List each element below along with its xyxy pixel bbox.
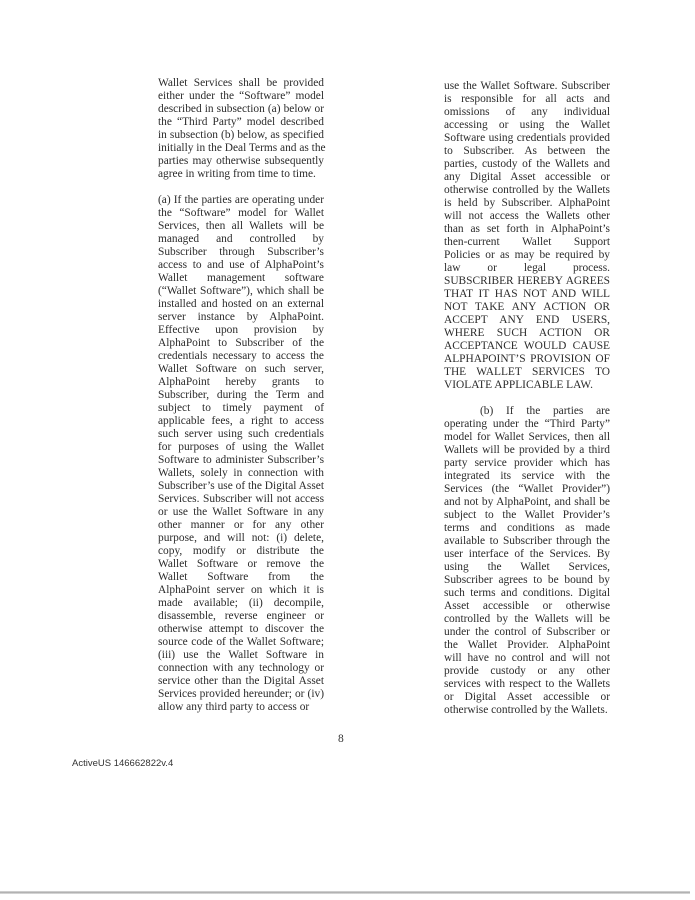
text-line: Services (the “Wallet Provider”) <box>444 483 610 496</box>
text-line: initially in the Deal Terms and as the <box>158 142 324 155</box>
text-line: to Subscriber. As between the <box>444 145 610 158</box>
text-line: controlled by the Wallets will be <box>444 613 610 626</box>
section-a-paragraph: (a) If the parties are operating underth… <box>158 194 324 714</box>
text-line: allow any third party to access or <box>158 701 324 714</box>
text-line: credentials necessary to access the <box>158 350 324 363</box>
text-line: Subscriber agrees to be bound by <box>444 574 610 587</box>
text-line: operating under the “Third Party” <box>444 418 610 431</box>
text-line: accessing or using the Wallet <box>444 119 610 132</box>
text-line: integrated its service with the <box>444 470 610 483</box>
text-line: agree in writing from time to time. <box>158 168 324 181</box>
text-line: copy, modify or distribute the <box>158 545 324 558</box>
text-line: or use the Wallet Software in any <box>158 506 324 519</box>
text-line: other manner or for any other <box>158 519 324 532</box>
text-line: Subscriber’s use of the Digital Asset <box>158 480 324 493</box>
text-line: THAT IT HAS NOT AND WILL <box>444 288 610 301</box>
text-line: using the Wallet Services, <box>444 561 610 574</box>
text-line: Policies or as may be required by <box>444 249 610 262</box>
text-line: under the control of Subscriber or <box>444 626 610 639</box>
text-line: model for Wallet Services, then all <box>444 431 610 444</box>
document-id: ActiveUS 146662822v.4 <box>72 758 173 769</box>
section-b-paragraph: (b) If the parties areoperating under th… <box>444 405 610 717</box>
text-line: otherwise attempt to discover the <box>158 623 324 636</box>
text-line: AlphaPoint to Subscriber of the <box>158 337 324 350</box>
intro-paragraph: Wallet Services shall be providedeither … <box>158 77 324 181</box>
text-line: Wallet management software <box>158 272 324 285</box>
text-line: parties, custody of the Wallets and <box>444 158 610 171</box>
text-line: Wallet Software from the <box>158 571 324 584</box>
text-line: VIOLATE APPLICABLE LAW. <box>444 379 610 392</box>
text-line: (iii) use the Wallet Software in <box>158 649 324 662</box>
text-line: THE WALLET SERVICES TO <box>444 366 610 379</box>
text-line: is held by Subscriber. AlphaPoint <box>444 197 610 210</box>
text-line: party service provider which has <box>444 457 610 470</box>
text-line: will not access the Wallets other <box>444 210 610 223</box>
text-line: Services, then all Wallets will be <box>158 220 324 233</box>
text-line: user interface of the Services. By <box>444 548 610 561</box>
text-line: in subsection (b) below, as specified <box>158 129 324 142</box>
text-line: (a) If the parties are operating under <box>158 194 324 207</box>
text-line: the “Third Party” model described <box>158 116 324 129</box>
text-line: is responsible for all acts and <box>444 93 610 106</box>
text-line: such terms and conditions. Digital <box>444 587 610 600</box>
text-line: AlphaPoint server on which it is <box>158 584 324 597</box>
text-line: subject to timely payment of <box>158 402 324 415</box>
text-line: the “Software” model for Wallet <box>158 207 324 220</box>
text-line: such server using such credentials <box>158 428 324 441</box>
text-line: omissions of any individual <box>444 106 610 119</box>
text-line: and not by AlphaPoint, and shall be <box>444 496 610 509</box>
text-line: applicable fees, a right to access <box>158 415 324 428</box>
text-line: otherwise controlled by the Wallets <box>444 184 610 197</box>
text-line: described in subsection (a) below or <box>158 103 324 116</box>
text-line: law or legal process. <box>444 262 610 275</box>
text-line: terms and conditions as made <box>444 522 610 535</box>
scan-edge-line <box>0 891 690 894</box>
text-line: otherwise controlled by the Wallets. <box>444 704 610 717</box>
text-line: services with respect to the Wallets <box>444 678 610 691</box>
text-line: provide custody or any other <box>444 665 610 678</box>
text-line: Software using credentials provided <box>444 132 610 145</box>
text-line: for purposes of using the Wallet <box>158 441 324 454</box>
text-line: then-current Wallet Support <box>444 236 610 249</box>
text-line: available to Subscriber through the <box>444 535 610 548</box>
text-line: or Digital Asset accessible or <box>444 691 610 704</box>
text-line: AlphaPoint hereby grants to <box>158 376 324 389</box>
text-line: Asset accessible or otherwise <box>444 600 610 613</box>
text-line: connection with any technology or <box>158 662 324 675</box>
text-line: disassemble, reverse engineer or <box>158 610 324 623</box>
text-line: managed and controlled by <box>158 233 324 246</box>
text-line: Effective upon provision by <box>158 324 324 337</box>
text-line: made available; (ii) decompile, <box>158 597 324 610</box>
text-line: subject to the Wallet Provider’s <box>444 509 610 522</box>
text-line: source code of the Wallet Software; <box>158 636 324 649</box>
text-line: the Wallet Provider. AlphaPoint <box>444 639 610 652</box>
text-line: parties may otherwise subsequently <box>158 155 324 168</box>
text-line: will have no control and will not <box>444 652 610 665</box>
section-a-continuation: use the Wallet Software. Subscriberis re… <box>444 80 610 392</box>
text-line: than as set forth in AlphaPoint’s <box>444 223 610 236</box>
text-line: Software to administer Subscriber’s <box>158 454 324 467</box>
text-line: (b) If the parties are <box>444 405 610 418</box>
text-line: either under the “Software” model <box>158 90 324 103</box>
page-number: 8 <box>338 733 344 745</box>
text-line: server instance by AlphaPoint. <box>158 311 324 324</box>
text-line: (“Wallet Software”), which shall be <box>158 285 324 298</box>
text-line: Wallet Software on such server, <box>158 363 324 376</box>
text-line: installed and hosted on an external <box>158 298 324 311</box>
text-line: Wallet Services shall be provided <box>158 77 324 90</box>
text-line: ALPHAPOINT’S PROVISION OF <box>444 353 610 366</box>
text-line: ACCEPTANCE WOULD CAUSE <box>444 340 610 353</box>
text-line: Wallets will be provided by a third <box>444 444 610 457</box>
text-line: Subscriber, during the Term and <box>158 389 324 402</box>
text-line: use the Wallet Software. Subscriber <box>444 80 610 93</box>
text-line: Services. Subscriber will not access <box>158 493 324 506</box>
text-line: any Digital Asset accessible or <box>444 171 610 184</box>
text-line: access to and use of AlphaPoint’s <box>158 259 324 272</box>
text-line: SUBSCRIBER HEREBY AGREES <box>444 275 610 288</box>
text-line: Services provided hereunder; or (iv) <box>158 688 324 701</box>
text-line: WHERE SUCH ACTION OR <box>444 327 610 340</box>
text-line: Wallet Software or remove the <box>158 558 324 571</box>
text-line: service other than the Digital Asset <box>158 675 324 688</box>
text-line: Wallets, solely in connection with <box>158 467 324 480</box>
text-line: purpose, and will not: (i) delete, <box>158 532 324 545</box>
text-line: ACCEPT ANY END USERS, <box>444 314 610 327</box>
text-line: NOT TAKE ANY ACTION OR <box>444 301 610 314</box>
left-column: Wallet Services shall be providedeither … <box>158 77 324 714</box>
right-column: use the Wallet Software. Subscriberis re… <box>444 80 610 717</box>
text-line: Subscriber through Subscriber’s <box>158 246 324 259</box>
